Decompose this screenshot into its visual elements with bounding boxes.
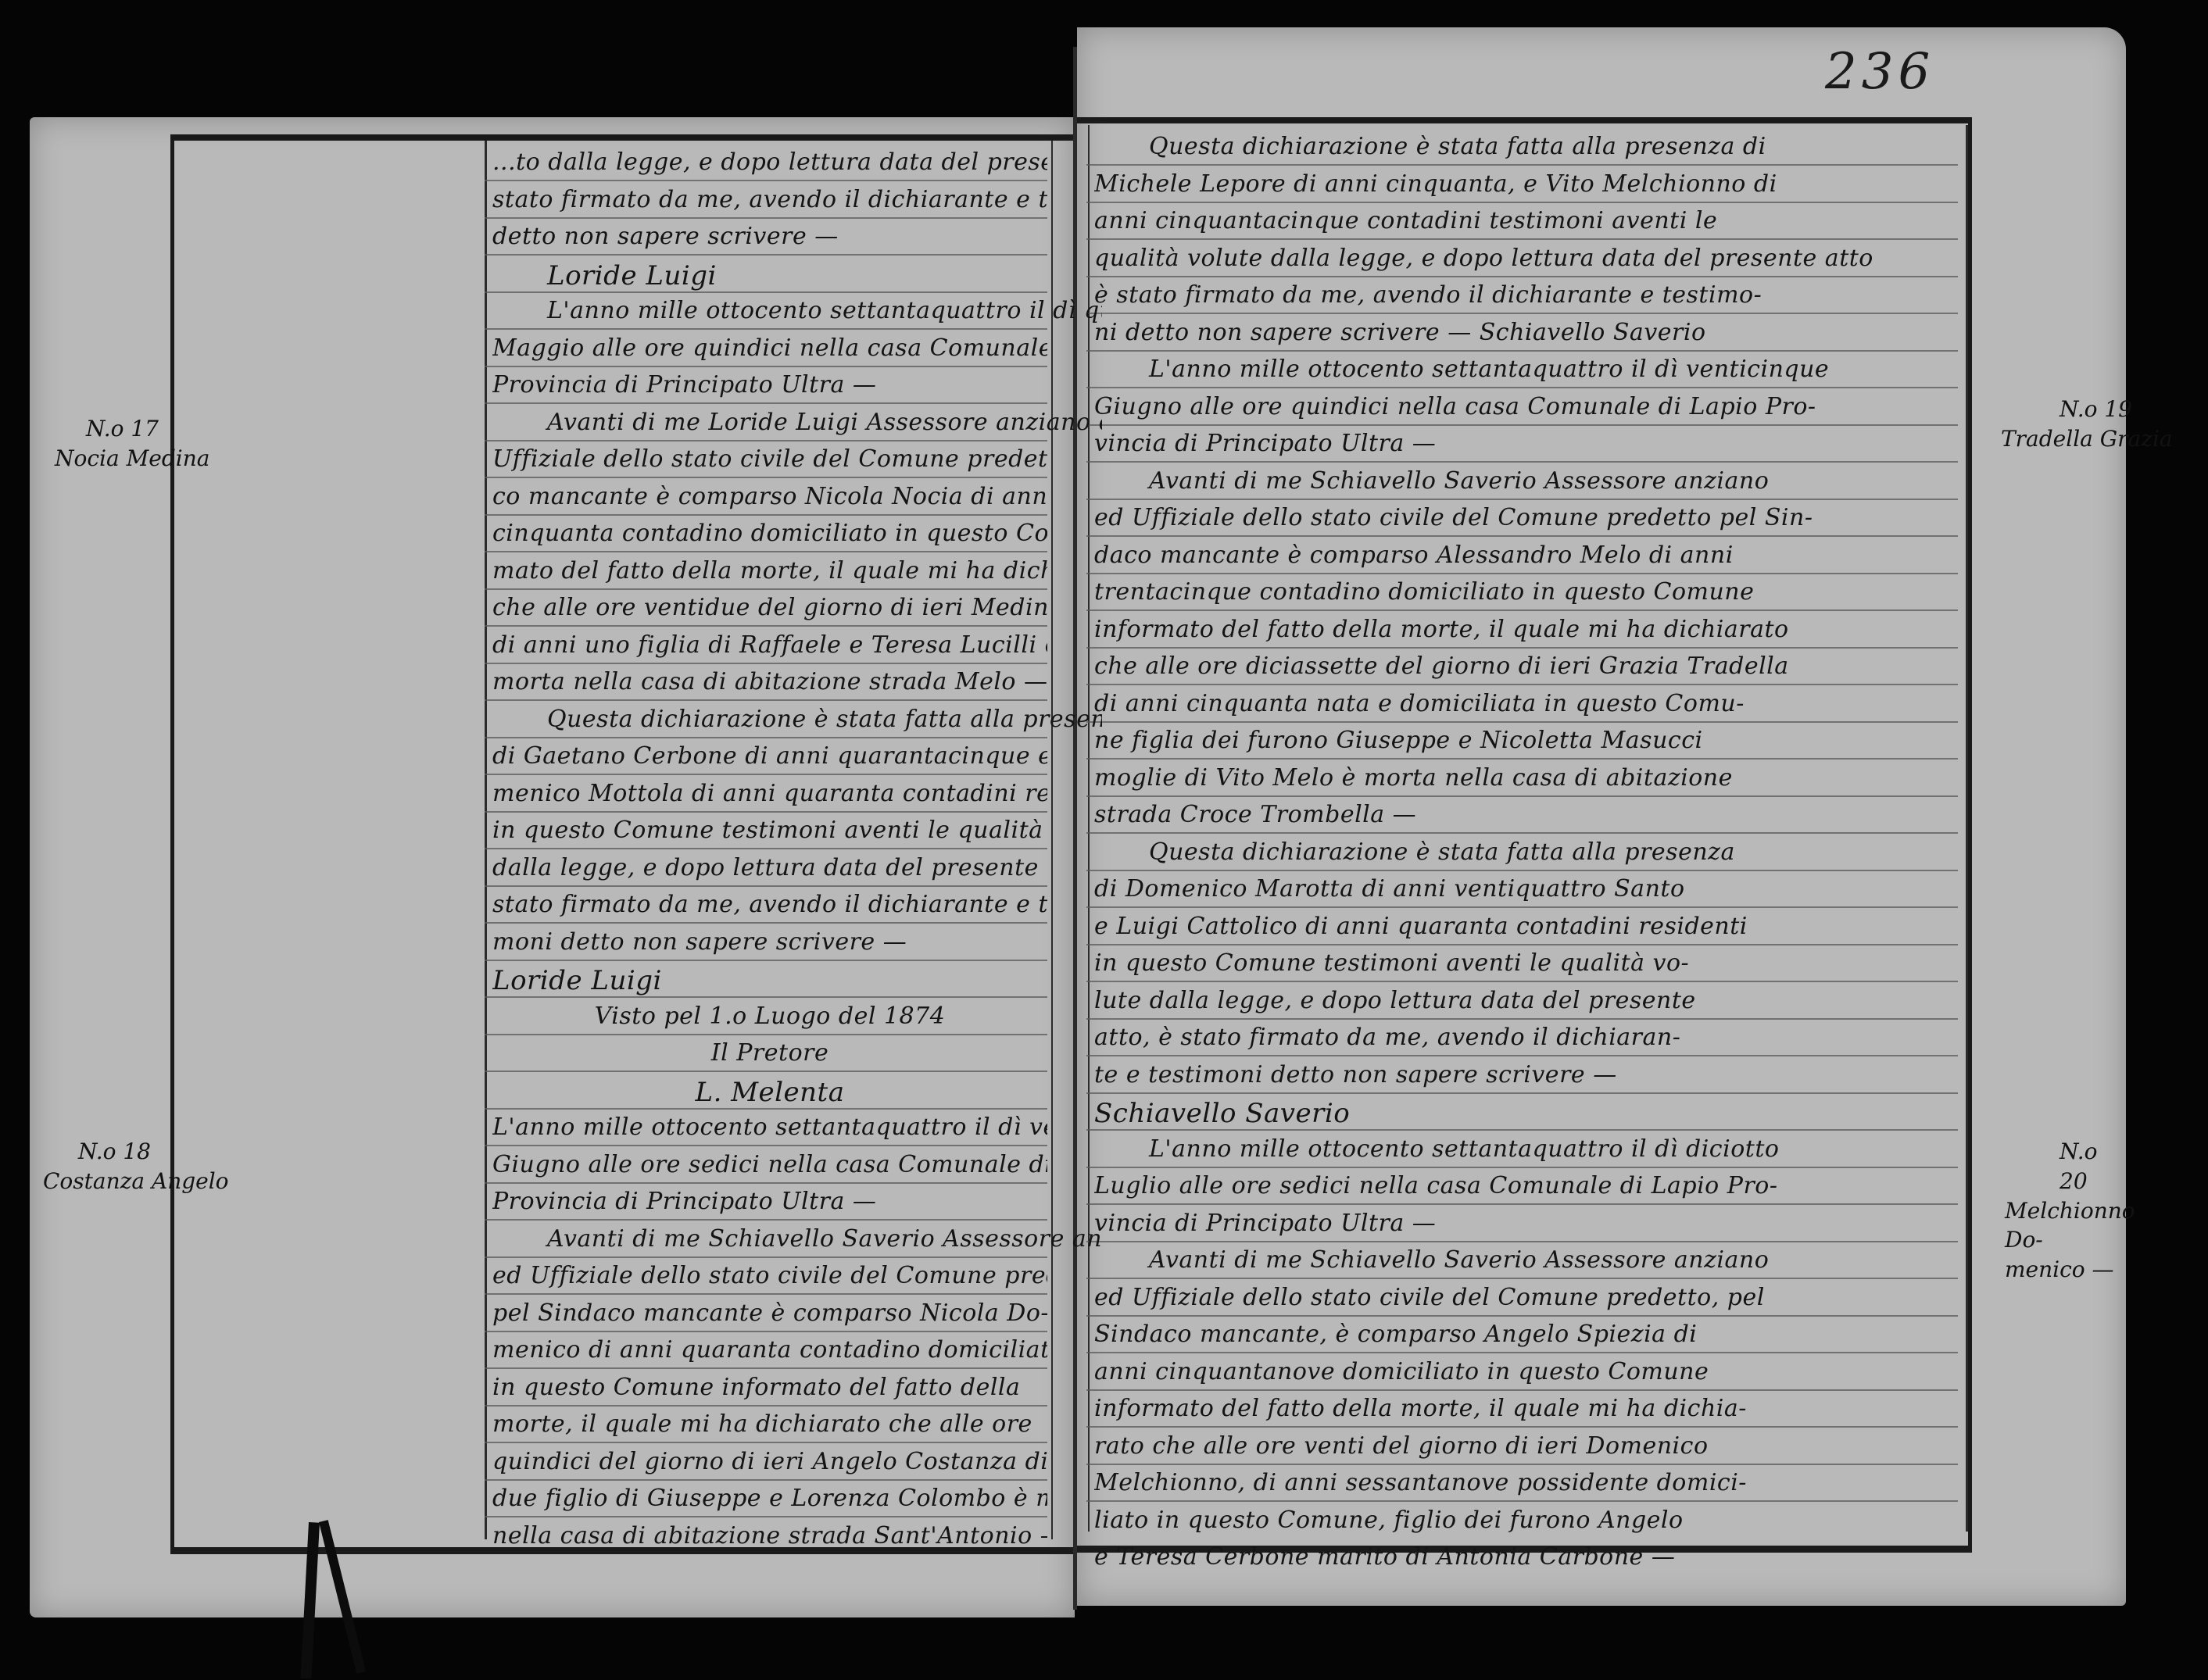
ruled-line bbox=[485, 663, 1047, 664]
entry-number: N.o 17 bbox=[55, 414, 209, 444]
deceased-name: Tradella Grazia bbox=[2001, 424, 2173, 454]
ruled-line bbox=[485, 1256, 1047, 1258]
ruled-line bbox=[485, 254, 1047, 256]
handwritten-line: in questo Comune informato del fatto del… bbox=[492, 1374, 1047, 1401]
handwritten-line: informato del fatto della morte, il qual… bbox=[1094, 1395, 1958, 1422]
ruled-line bbox=[485, 551, 1047, 552]
handwritten-line: vincia di Principato Ultra — bbox=[1094, 1210, 1958, 1237]
handwritten-line: morte, il quale mi ha dichiarato che all… bbox=[492, 1410, 1047, 1438]
ruled-line bbox=[1086, 238, 1958, 240]
ruled-line bbox=[1086, 1018, 1958, 1020]
handwritten-line: co mancante è comparso Nicola Nocia di a… bbox=[492, 483, 1047, 510]
handwritten-line: di Gaetano Cerbone di anni quarantacinqu… bbox=[492, 742, 1047, 770]
ruled-line bbox=[1086, 202, 1958, 203]
ruled-line bbox=[1086, 609, 1958, 611]
ruled-line bbox=[1086, 461, 1958, 463]
handwritten-line: due figlio di Giuseppe e Lorenza Colombo… bbox=[492, 1485, 1047, 1512]
handwritten-line: Michele Lepore di anni cinquanta, e Vito… bbox=[1094, 170, 1958, 198]
handwritten-line: moglie di Vito Melo è morta nella casa d… bbox=[1094, 764, 1958, 792]
ruled-line bbox=[485, 699, 1047, 701]
ruled-line bbox=[485, 328, 1047, 330]
ruled-line bbox=[485, 1108, 1047, 1110]
handwritten-line: strada Croce Trombella — bbox=[1094, 801, 1958, 828]
handwritten-line: Sindaco mancante, è comparso Angelo Spie… bbox=[1094, 1321, 1958, 1348]
handwritten-line: e Luigi Cattolico di anni quaranta conta… bbox=[1094, 913, 1958, 940]
ruled-line bbox=[485, 885, 1047, 887]
left-text-right-border bbox=[1051, 141, 1053, 1539]
ruled-line bbox=[485, 1479, 1047, 1481]
ruled-line bbox=[485, 514, 1047, 516]
handwritten-line: Giugno alle ore sedici nella casa Comuna… bbox=[492, 1151, 1047, 1178]
handwritten-line: Maggio alle ore quindici nella casa Comu… bbox=[492, 334, 1047, 362]
ruled-line bbox=[1086, 906, 1958, 908]
ruled-line bbox=[485, 366, 1047, 367]
folio-number: 236 bbox=[1825, 43, 1934, 101]
left-margin-divider bbox=[485, 141, 487, 1539]
ruled-line bbox=[485, 1405, 1047, 1407]
ruled-line bbox=[1086, 1278, 1958, 1279]
ruled-line bbox=[1086, 1464, 1958, 1465]
handwritten-line: Luglio alle ore sedici nella casa Comuna… bbox=[1094, 1172, 1958, 1199]
deceased-name: Nocia Medina bbox=[55, 444, 209, 474]
ruled-line bbox=[485, 1293, 1047, 1295]
handwritten-line: Provincia di Principato Ultra — bbox=[492, 1188, 1047, 1215]
ruled-line bbox=[1086, 387, 1958, 388]
handwritten-line: Schiavello Saverio bbox=[1094, 1098, 1958, 1129]
ruled-line bbox=[1086, 1389, 1958, 1391]
handwritten-line: Provincia di Principato Ultra — bbox=[492, 371, 1047, 399]
handwritten-line: te e testimoni detto non sapere scrivere… bbox=[1094, 1061, 1958, 1088]
handwritten-line: e Teresa Cerbone marito di Antonia Carbo… bbox=[1094, 1543, 1958, 1571]
ruled-line bbox=[1086, 981, 1958, 982]
ruled-line bbox=[485, 1145, 1047, 1146]
ruled-line bbox=[1086, 350, 1958, 352]
deceased-name: Melchionno Do-menico — bbox=[2005, 1196, 2122, 1285]
ruled-line bbox=[1086, 1500, 1958, 1502]
margin-note-18: N.o 18 Costanza Angelo bbox=[43, 1137, 229, 1196]
handwritten-line: menico di anni quaranta contadino domici… bbox=[492, 1336, 1047, 1364]
handwritten-line: che alle ore diciassette del giorno di i… bbox=[1094, 652, 1958, 680]
ruled-line bbox=[485, 588, 1047, 590]
ruled-line bbox=[485, 996, 1047, 998]
ruled-line bbox=[1086, 1129, 1958, 1131]
ruled-line bbox=[1086, 832, 1958, 834]
handwritten-line: moni detto non sapere scrivere — bbox=[492, 928, 1047, 956]
ruled-line bbox=[1086, 1092, 1958, 1094]
handwritten-line: Questa dichiarazione è stata fatta alla … bbox=[492, 706, 1102, 733]
ruled-line bbox=[1086, 1167, 1958, 1168]
handwritten-line: vincia di Principato Ultra — bbox=[1094, 430, 1958, 457]
handwritten-line: stato firmato da me, avendo il dichiaran… bbox=[492, 186, 1047, 213]
ruled-line bbox=[485, 774, 1047, 775]
handwritten-line: pel Sindaco mancante è comparso Nicola D… bbox=[492, 1299, 1047, 1327]
handwritten-line: che alle ore ventidue del giorno di ieri… bbox=[492, 594, 1047, 621]
handwritten-line: in questo Comune testimoni aventi le qua… bbox=[1094, 949, 1958, 977]
ruled-line bbox=[485, 960, 1047, 961]
handwritten-line: L'anno mille ottocento settantaquattro i… bbox=[1094, 1135, 2013, 1163]
handwritten-line: quindici del giorno di ieri Angelo Costa… bbox=[492, 1448, 1047, 1475]
handwritten-line: menico Mottola di anni quaranta contadin… bbox=[492, 780, 1047, 807]
handwritten-line: trentacinque contadino domiciliato in qu… bbox=[1094, 578, 1958, 606]
handwritten-line: di anni cinquanta nata e domiciliata in … bbox=[1094, 690, 1958, 717]
ruled-line bbox=[485, 180, 1047, 181]
handwritten-line: L'anno mille ottocento settantaquattro i… bbox=[492, 297, 1102, 324]
ruled-line bbox=[1086, 1203, 1958, 1205]
ruled-line bbox=[485, 1182, 1047, 1184]
handwritten-line: anni cinquantacinque contadini testimoni… bbox=[1094, 207, 1958, 234]
handwritten-line: atto, è stato firmato da me, avendo il d… bbox=[1094, 1024, 1958, 1051]
handwritten-line: nella casa di abitazione strada Sant'Ant… bbox=[492, 1522, 1047, 1550]
margin-note-19: N.o 19 Tradella Grazia bbox=[2001, 395, 2173, 454]
ruled-line bbox=[1086, 535, 1958, 537]
handwritten-line: L'anno mille ottocento settantaquattro i… bbox=[1094, 356, 2013, 383]
ruled-line bbox=[485, 1331, 1047, 1332]
margin-note-17: N.o 17 Nocia Medina bbox=[55, 414, 209, 474]
ruled-line bbox=[1086, 1055, 1958, 1056]
ruled-line bbox=[485, 217, 1047, 219]
ruled-line bbox=[485, 402, 1047, 404]
handwritten-line: anni cinquantanove domiciliato in questo… bbox=[1094, 1358, 1958, 1385]
ruled-line bbox=[1086, 1352, 1958, 1353]
ruled-line bbox=[1086, 758, 1958, 760]
handwritten-line: Melchionno, di anni sessantanove posside… bbox=[1094, 1469, 1958, 1496]
handwritten-line: Giugno alle ore quindici nella casa Comu… bbox=[1094, 393, 1958, 420]
handwritten-line: ...to dalla legge, e dopo lettura data d… bbox=[492, 148, 1047, 176]
handwritten-line: L. Melenta bbox=[492, 1077, 1047, 1108]
handwritten-line: Avanti di me Schiavello Saverio Assessor… bbox=[1094, 467, 2013, 495]
ruled-line bbox=[485, 440, 1047, 441]
ruled-line bbox=[485, 1219, 1047, 1221]
handwritten-line: qualità volute dalla legge, e dopo lettu… bbox=[1094, 245, 1958, 272]
handwritten-line: Avanti di me Schiavello Saverio Assessor… bbox=[1094, 1246, 2013, 1274]
handwritten-line: informato del fatto della morte, il qual… bbox=[1094, 616, 1958, 643]
handwritten-line: di Domenico Marotta di anni ventiquattro… bbox=[1094, 875, 1958, 903]
ruled-line bbox=[485, 1442, 1047, 1443]
ruled-line bbox=[1086, 1241, 1958, 1242]
handwritten-line: ed Uffiziale dello stato civile del Comu… bbox=[1094, 1284, 1958, 1311]
handwritten-line: liato in questo Comune, figlio dei furon… bbox=[1094, 1507, 1958, 1534]
ruled-line bbox=[1086, 1426, 1958, 1428]
handwritten-line: Avanti di me Schiavello Saverio Assessor… bbox=[492, 1225, 1102, 1253]
ruled-line bbox=[1086, 573, 1958, 574]
ruled-line bbox=[485, 811, 1047, 813]
ruled-line bbox=[1086, 276, 1958, 277]
handwritten-line: stato firmato da me, avendo il dichiaran… bbox=[492, 891, 1047, 918]
ruled-line bbox=[1086, 684, 1958, 685]
handwritten-line: Loride Luigi bbox=[492, 260, 1102, 291]
entry-number: N.o 20 bbox=[2005, 1137, 2122, 1196]
ruled-line bbox=[485, 922, 1047, 924]
ruled-line bbox=[485, 477, 1047, 478]
handwritten-line: Il Pretore bbox=[492, 1039, 1047, 1067]
handwritten-line: Uffiziale dello stato civile del Comune … bbox=[492, 445, 1047, 473]
margin-note-20: N.o 20 Melchionno Do-menico — bbox=[2005, 1137, 2122, 1285]
ruled-line bbox=[485, 625, 1047, 627]
handwritten-line: L'anno mille ottocento settantaquattro i… bbox=[492, 1113, 1047, 1141]
handwritten-line: ne figlia dei furono Giuseppe e Nicolett… bbox=[1094, 727, 1958, 754]
handwritten-line: in questo Comune testimoni aventi le qua… bbox=[492, 817, 1047, 844]
handwritten-line: Avanti di me Loride Luigi Assessore anzi… bbox=[492, 409, 1102, 436]
handwritten-line: di anni uno figlia di Raffaele e Teresa … bbox=[492, 631, 1047, 659]
ruled-line bbox=[1086, 795, 1958, 797]
ruled-line bbox=[485, 737, 1047, 738]
entry-number: N.o 18 bbox=[43, 1137, 229, 1167]
ruled-line bbox=[1086, 647, 1958, 649]
ruled-line bbox=[1086, 870, 1958, 871]
ruled-line bbox=[1086, 313, 1958, 314]
handwritten-line: Questa dichiarazione è stata fatta alla … bbox=[1094, 838, 2013, 866]
ruled-line bbox=[1086, 721, 1958, 723]
handwritten-line: dalla legge, e dopo lettura data del pre… bbox=[492, 854, 1047, 881]
handwritten-line: Visto pel 1.o Luogo del 1874 bbox=[492, 1003, 1047, 1030]
entry-number: N.o 19 bbox=[2001, 395, 2173, 424]
ruled-line bbox=[1086, 424, 1958, 426]
handwritten-line: cinquanta contadino domiciliato in quest… bbox=[492, 520, 1047, 547]
ruled-line bbox=[485, 1034, 1047, 1035]
ruled-line bbox=[1086, 164, 1958, 166]
ruled-line bbox=[485, 291, 1047, 293]
handwritten-line: è stato firmato da me, avendo il dichiar… bbox=[1094, 281, 1958, 309]
handwritten-line: detto non sapere scrivere — bbox=[492, 223, 1047, 250]
deceased-name: Costanza Angelo bbox=[43, 1167, 229, 1196]
handwritten-line: ni detto non sapere scrivere — Schiavell… bbox=[1094, 319, 1958, 346]
handwritten-line: Questa dichiarazione è stata fatta alla … bbox=[1094, 133, 2013, 160]
handwritten-line: ed Uffiziale dello stato civile del Comu… bbox=[1094, 504, 1958, 531]
ruled-line bbox=[1086, 944, 1958, 945]
ruled-line bbox=[1086, 499, 1958, 500]
handwritten-line: daco mancante è comparso Alessandro Melo… bbox=[1094, 542, 1958, 569]
handwritten-line: lute dalla legge, e dopo lettura data de… bbox=[1094, 987, 1958, 1014]
ruled-line bbox=[485, 1367, 1047, 1369]
right-margin-divider bbox=[1966, 125, 1968, 1532]
ruled-line bbox=[1086, 1315, 1958, 1317]
handwritten-line: ed Uffiziale dello stato civile del Comu… bbox=[492, 1262, 1047, 1289]
ruled-line bbox=[485, 848, 1047, 849]
handwritten-line: mato del fatto della morte, il quale mi … bbox=[492, 557, 1047, 584]
right-text-left-border bbox=[1088, 125, 1090, 1532]
ruled-line bbox=[485, 1516, 1047, 1517]
ruled-line bbox=[485, 1071, 1047, 1072]
handwritten-line: rato che alle ore venti del giorno di ie… bbox=[1094, 1432, 1958, 1460]
handwritten-line: morta nella casa di abitazione strada Me… bbox=[492, 668, 1047, 695]
handwritten-line: Loride Luigi bbox=[492, 965, 1047, 996]
